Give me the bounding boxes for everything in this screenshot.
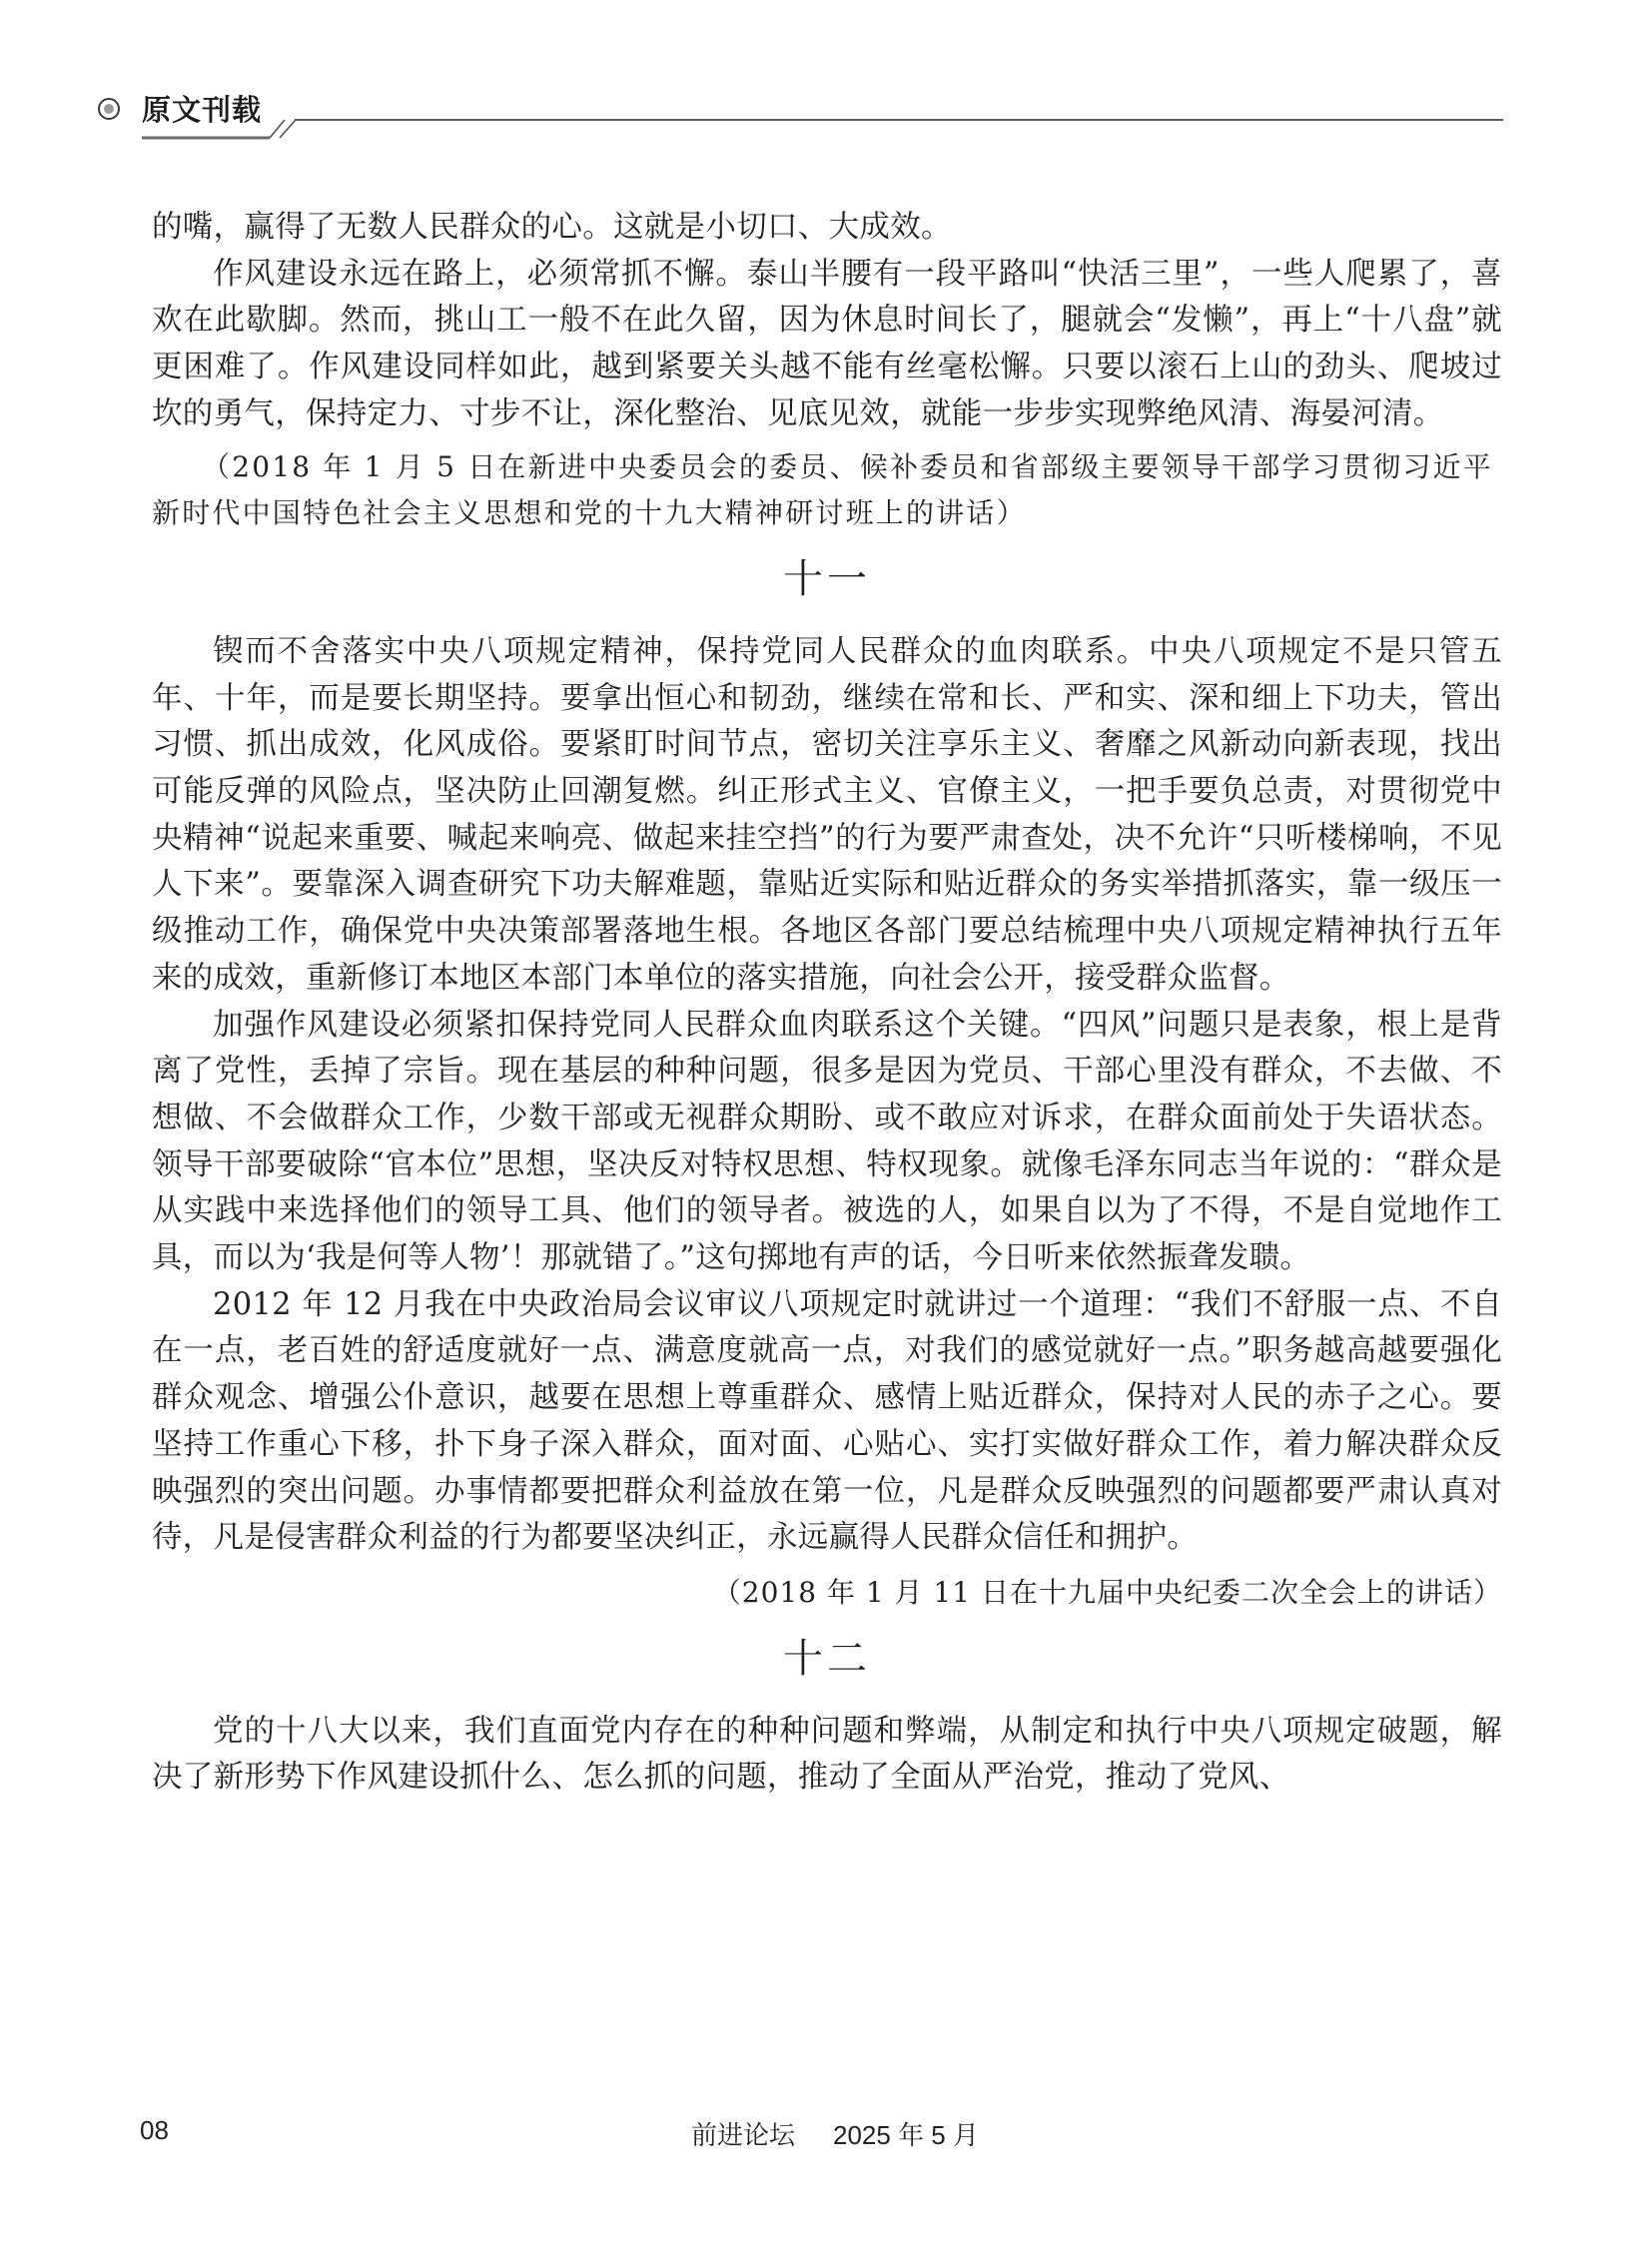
issue-date: 2025 年 5 月 xyxy=(833,2115,979,2152)
paragraph-continued: 的嘴，赢得了无数人民群众的心。这就是小切口、大成效。 xyxy=(152,205,1502,252)
article-body: 的嘴，赢得了无数人民群众的心。这就是小切口、大成效。 作风建设永远在路上，必须常… xyxy=(152,205,1502,1802)
page-number: 08 xyxy=(140,2115,169,2146)
paragraph: 作风建设永远在路上，必须常抓不懈。泰山半腰有一段平路叫“快活三里”，一些人爬累了… xyxy=(152,252,1502,438)
section-heading-12: 十二 xyxy=(152,1639,1502,1679)
section-heading-11: 十一 xyxy=(152,559,1502,599)
source-citation: （2018 年 1 月 5 日在新进中央委员会的委员、候补委员和省部级主要领导干… xyxy=(152,444,1502,537)
magazine-name: 前进论坛 xyxy=(691,2115,795,2152)
paragraph: 2012 年 12 月我在中央政治局会议审议八项规定时就讲过一个道理：“我们不舒… xyxy=(152,1282,1502,1562)
header-rule-decoration xyxy=(0,0,1652,150)
paragraph: 党的十八大以来，我们直面党内存在的种种问题和弊端，从制定和执行中央八项规定破题，… xyxy=(152,1709,1502,1802)
paragraph: 加强作风建设必须紧扣保持党同人民群众血肉联系这个关键。“四风”问题只是表象，根上… xyxy=(152,1003,1502,1282)
paragraph: 锲而不舍落实中央八项规定精神，保持党同人民群众的血肉联系。中央八项规定不是只管五… xyxy=(152,629,1502,1003)
source-citation: （2018 年 1 月 11 日在十九届中央纪委二次全会上的讲话） xyxy=(152,1570,1502,1617)
page-header: 原文刊载 xyxy=(0,0,1652,150)
